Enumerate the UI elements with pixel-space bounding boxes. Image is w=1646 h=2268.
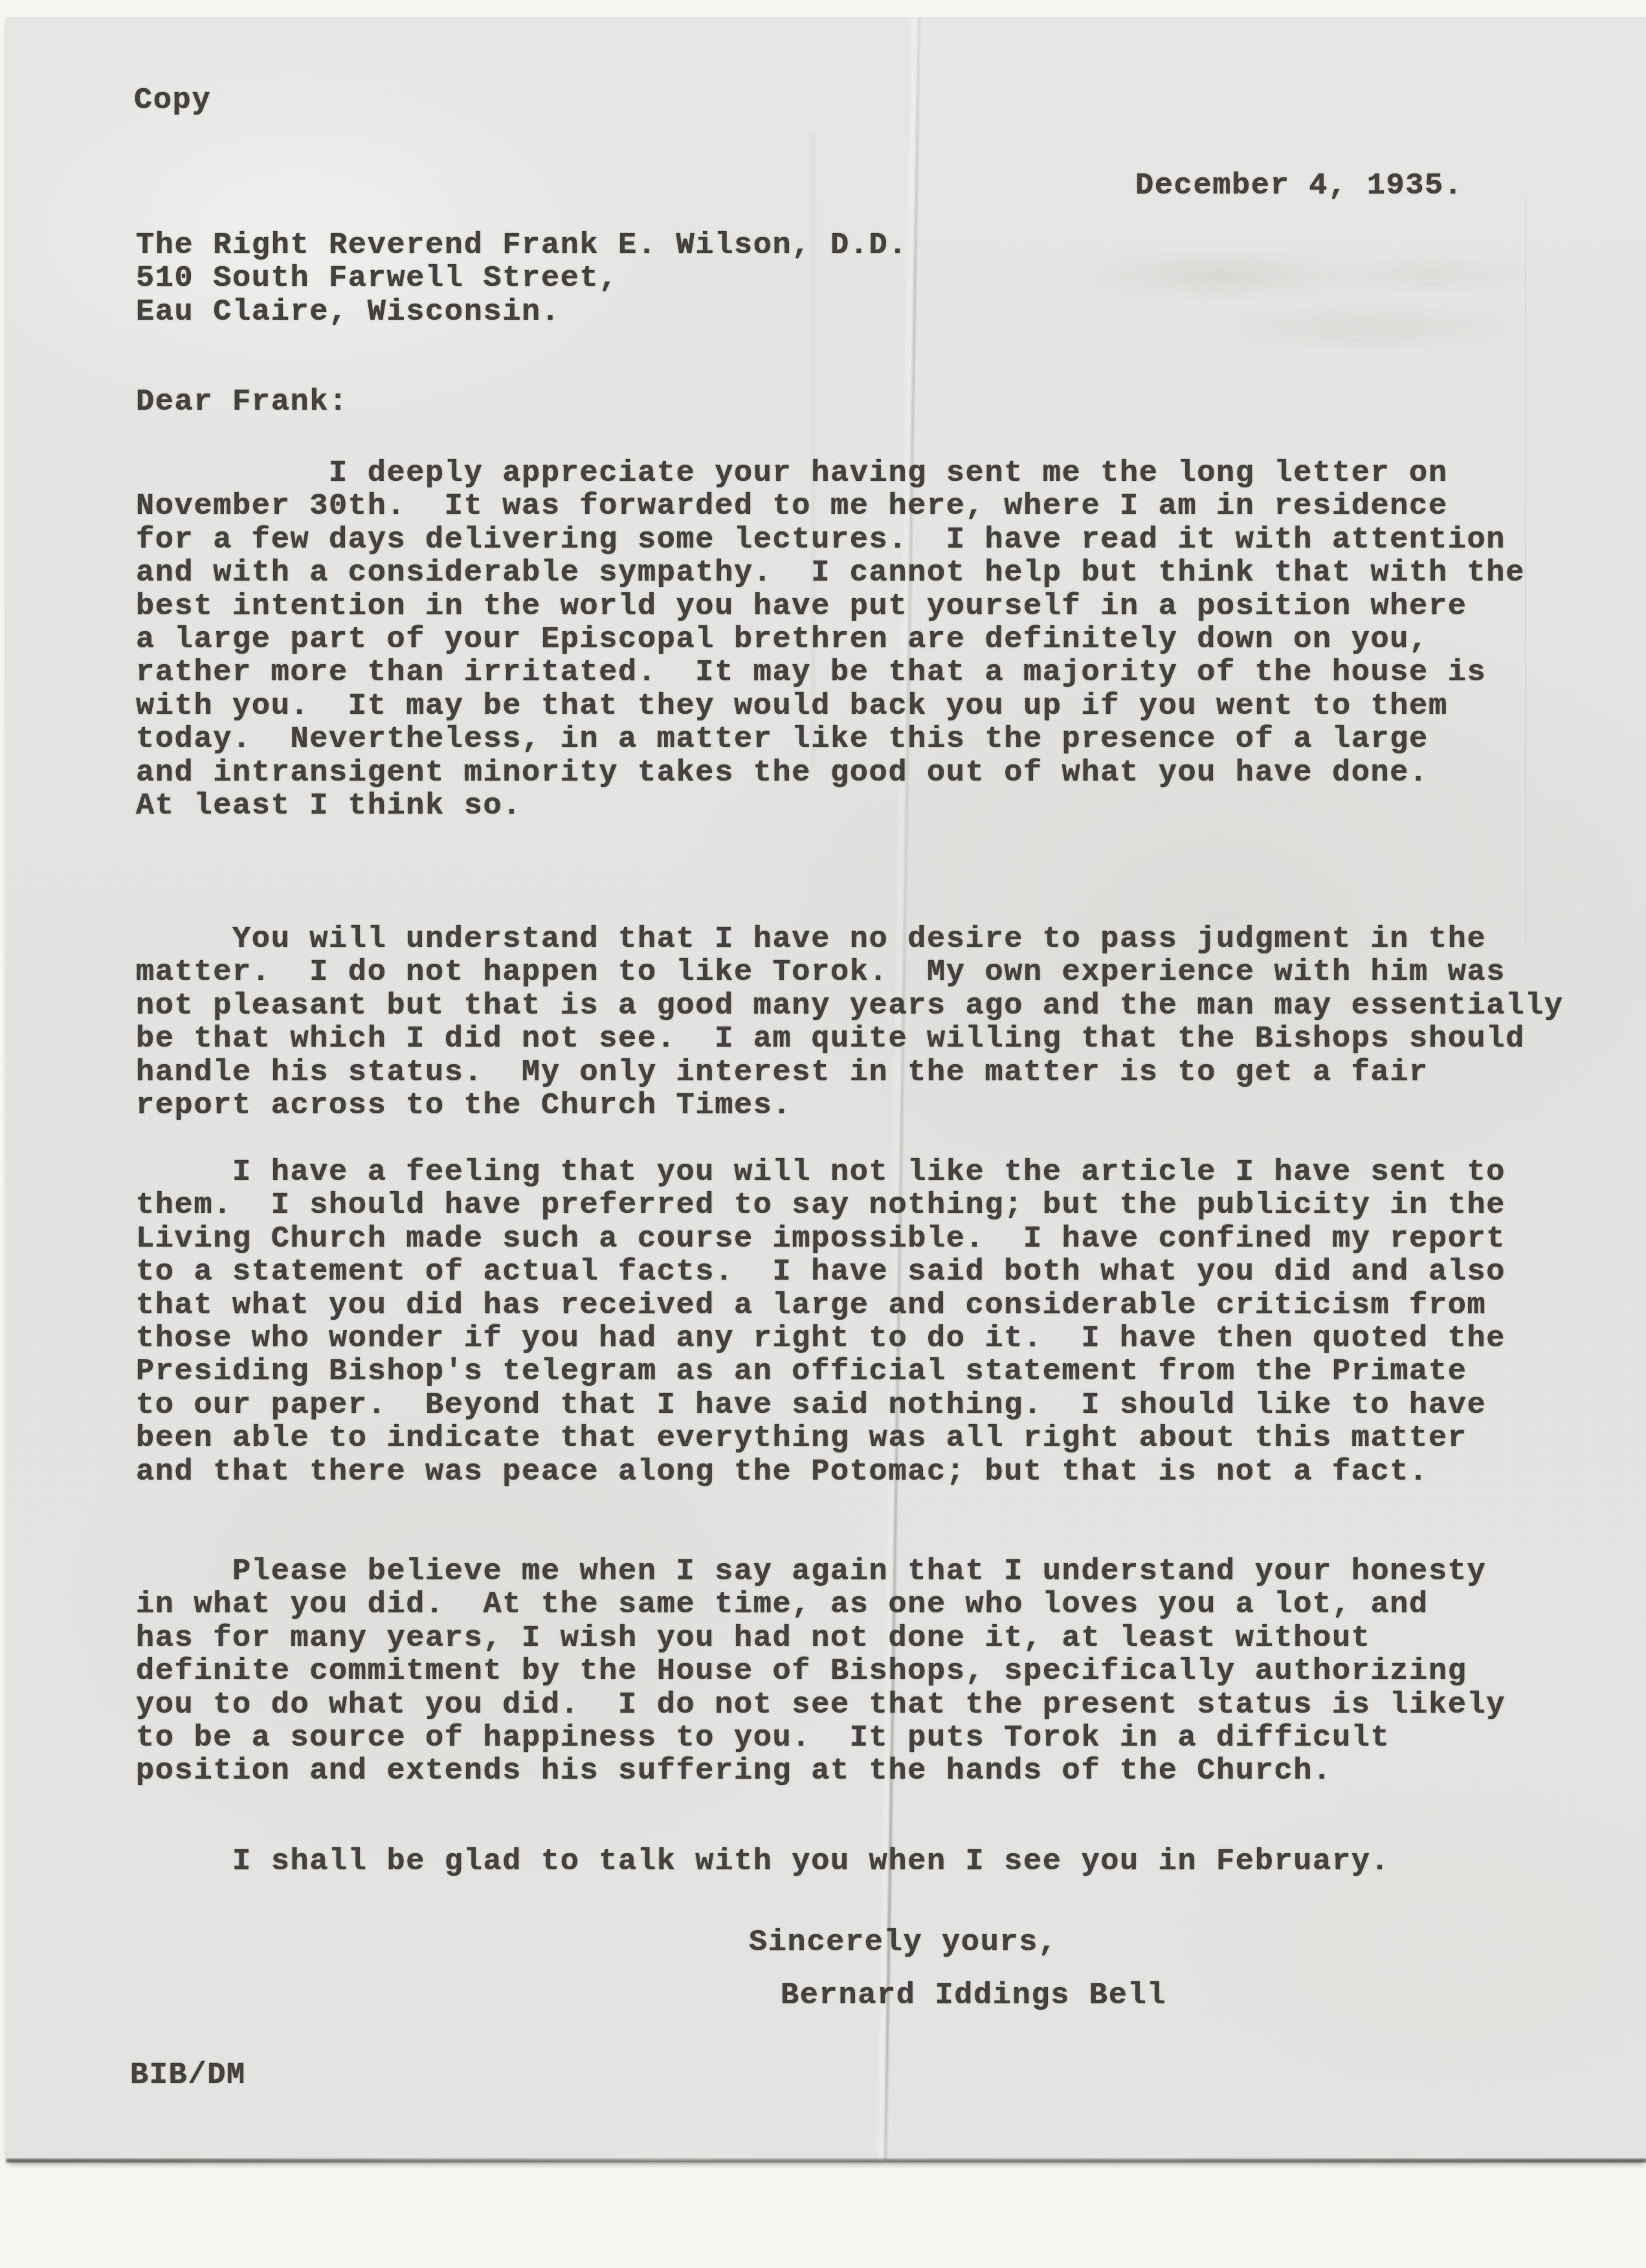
signature-name: Bernard Iddings Bell — [781, 1979, 1166, 2012]
letter-date: December 4, 1935. — [1135, 170, 1463, 203]
scanned-letter: Copy December 4, 1935. The Right Reveren… — [0, 0, 1646, 2268]
typist-reference: BIB/DM — [130, 2059, 246, 2092]
letter-page: Copy December 4, 1935. The Right Reveren… — [6, 17, 1646, 2161]
paragraph-5: I shall be glad to talk with you when I … — [136, 1845, 1390, 1878]
closing-valediction: Sincerely yours, — [749, 1926, 1058, 1959]
ink-bleed-through — [1081, 230, 1547, 379]
copy-label: Copy — [134, 84, 211, 117]
paragraph-4: Please believe me when I say again that … — [136, 1555, 1506, 1788]
recipient-address: The Right Reverend Frank E. Wilson, D.D.… — [136, 229, 907, 329]
paragraph-1: I deeply appreciate your having sent me … — [136, 457, 1525, 823]
paragraph-3: I have a feeling that you will not like … — [136, 1156, 1506, 1489]
scan-streak — [1525, 198, 1526, 942]
paragraph-2: You will understand that I have no desir… — [136, 923, 1564, 1122]
salutation: Dear Frank: — [136, 386, 348, 419]
